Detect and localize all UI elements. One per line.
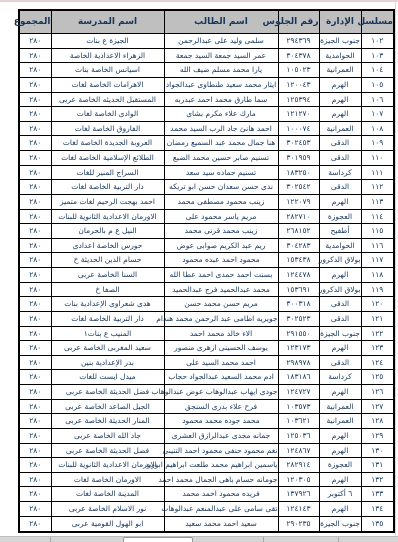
column-header-total: المجموع: [19, 10, 51, 34]
cell-total: ٢٨٠: [19, 253, 51, 268]
table-row: ١٣٥جنوب الجيزة٢٩٠٢٣٥سعيد احمد محمد سعيدا…: [19, 516, 394, 532]
cell-admin: العجوزة: [319, 458, 361, 473]
cell-school: الاورمان الاعدادية الثانوية للبنات: [51, 458, 164, 473]
cell-student: مريم ياسر محمود على: [164, 209, 278, 224]
column-header-serial: مسلسل: [361, 10, 394, 34]
cell-student: ندى حسن سعدان حسن ابو تريكه: [164, 180, 278, 195]
cell-total: ٢٨٠: [19, 311, 51, 326]
cell-student: جومانه حسام باهى الجمال محمد احمد: [164, 472, 278, 487]
page-right-edge: [395, 0, 396, 536]
cell-school: فضل الحديثة الخاصة عربى: [51, 443, 164, 458]
cell-serial: ١٢٧: [361, 399, 394, 414]
cell-student: تسنيم حماده سيد سعد: [164, 165, 278, 180]
cell-student: محمود احمد عبده محمود: [164, 253, 278, 268]
cell-student: زينب محمد قرنى محمد: [164, 224, 278, 239]
cell-total: ٢٨٠: [19, 326, 51, 341]
cell-admin: الهرم: [319, 385, 361, 400]
cell-seat: ٢٩٤٣٦٩: [278, 34, 319, 49]
cell-seat: ٣٠٢٥٤٢: [278, 180, 319, 195]
cell-school: اسيانس الخاصة بنات: [51, 63, 164, 78]
cell-school: الوادى الخاصة لغات: [51, 107, 164, 122]
table-row: ١٠٨العمرانية١٠٠٠٧٤احمد هانئ جاد الرب الس…: [19, 121, 394, 136]
column-header-school: اسم المدرسة: [51, 10, 164, 34]
cell-school: احمد بهجت الرحيم لغات متميز: [51, 194, 164, 209]
cell-serial: ١٣٥: [361, 516, 394, 532]
cell-total: ٢٨٠: [19, 268, 51, 283]
cell-seat: ٣٠٢٤٥٣: [278, 136, 319, 151]
cell-serial: ١٢٠: [361, 297, 394, 312]
cell-serial: ١١٠: [361, 151, 394, 166]
column-header-admin: الإدارة: [319, 10, 361, 34]
table-row: ١٢٠الدقى٣٠٠٣١٨مريم حسن محمد حسنهدى شعراو…: [19, 297, 394, 312]
cell-school: الاورمان الخاصة لغات: [51, 472, 164, 487]
cell-serial: ١١٥: [361, 224, 394, 239]
table-row: ١١٦الحوامدية٣٠٤٢٨٣ريم عبد الكريم صوابى ع…: [19, 238, 394, 253]
cell-seat: ١٠٣٥٧٣: [278, 399, 319, 414]
table-row: ١١٧بولاق الدكرور١٥٣٤٣٨محمود احمد عبده مح…: [19, 253, 394, 268]
cell-student: بسنت احمد حمدى احمد عطا الله: [164, 268, 278, 283]
table-row: ١١٤العجوزة٢٨٢٧١٠مريم ياسر محمود علىالاور…: [19, 209, 394, 224]
cell-admin: الحوامدية: [319, 48, 361, 63]
table-row: ١٢٩الهرم١٢٥٠٣٦جمانه مجدى عبدالرازق العشر…: [19, 428, 394, 443]
document-page: { "page": { "background": "#ffffff", "to…: [0, 0, 398, 542]
cell-student: سما طارق محمد احمد عبدربه: [164, 92, 278, 107]
cell-serial: ١٣٠: [361, 443, 394, 458]
cell-total: ٢٨٠: [19, 472, 51, 487]
cell-total: ٢٨٠: [19, 107, 51, 122]
cell-school: ميدل ايست للغات: [51, 370, 164, 385]
cell-seat: ١٢٤١٤٣: [278, 502, 319, 517]
cell-admin: الدقى: [319, 180, 361, 195]
cell-student: سلمى وليد على عبدالرحمن: [164, 34, 278, 49]
cell-seat: ٢٨٢٩١٤: [278, 458, 319, 473]
cell-student: احمد هانئ جاد الرب السيد محمد: [164, 121, 278, 136]
cell-seat: ٢٩٠٢٣٥: [278, 516, 319, 532]
cell-admin: الهرم: [319, 502, 361, 517]
cell-serial: ١١٨: [361, 268, 394, 283]
cell-serial: ١١٩: [361, 282, 394, 297]
cell-admin: ٦ أكتوبر: [319, 487, 361, 502]
cell-serial: ١٢٥: [361, 370, 394, 385]
cell-school: العروبة الجديدة الخاصة لغات: [51, 136, 164, 151]
cell-seat: ٣٠٠٣١٨: [278, 297, 319, 312]
cell-student: زينب محمود مصطفى محمد: [164, 194, 278, 209]
cell-serial: ١٢٨: [361, 414, 394, 429]
table-row: ١٢٥كرداسة١٨٣١٨٦ادم محمد السعيد عبدالجواد…: [19, 370, 394, 385]
cell-admin: الهرم: [319, 92, 361, 107]
cell-student: تقى سامى على عبدالمنعم عبدالوهاب: [164, 502, 278, 517]
cell-serial: ١١٦: [361, 238, 394, 253]
cell-total: ٢٨٠: [19, 92, 51, 107]
cell-student: ادم محمد السعيد عبدالجواد حجاب: [164, 370, 278, 385]
cell-seat: ٢٩٨٩٧٨: [278, 355, 319, 370]
table-header: مسلسلالإدارةرقم الجلوساسم الطالباسم المد…: [19, 10, 394, 34]
cell-student: جويريه اظامى عبد الرحمن محمد هندام: [164, 311, 278, 326]
cell-student: مريم حسن محمد حسن: [164, 297, 278, 312]
cell-admin: العمرانية: [319, 63, 361, 78]
cell-serial: ١٢٦: [361, 385, 394, 400]
cell-admin: جنوب الجيزة: [319, 516, 361, 532]
cell-student: هنا جمال محمد عبد السميع رمضان: [164, 136, 278, 151]
cell-total: ٢٨٠: [19, 165, 51, 180]
cell-student: الاء خالد محمد احمد: [164, 326, 278, 341]
cell-student: جمانه مجدى عبدالرازق العشرى: [164, 428, 278, 443]
cell-seat: ١٢٢٠٧٩: [278, 194, 319, 209]
cell-admin: كرداسة: [319, 370, 361, 385]
header-row: مسلسلالإدارةرقم الجلوساسم الطالباسم المد…: [19, 10, 394, 34]
cell-seat: ٢٩١٥٥٠: [278, 326, 319, 341]
cell-student: تسنيم صابر حسين محمد الضبع: [164, 151, 278, 166]
cell-seat: ٢٦٨١٥٢: [278, 224, 319, 239]
cell-serial: ١٣٤: [361, 502, 394, 517]
cell-serial: ١٠٢: [361, 34, 394, 49]
cell-seat: ١٣٧٩٢٦: [278, 487, 319, 502]
cell-seat: ١٢٥٠٣٦: [278, 428, 319, 443]
cell-seat: ١٠٥٠٢٣: [278, 63, 319, 78]
table-row: ١٢١الدقى٣٠٢٥٢٣جويريه اظامى عبد الرحمن مح…: [19, 311, 394, 326]
cell-serial: ١١٣: [361, 194, 394, 209]
cell-total: ٢٨٠: [19, 63, 51, 78]
cell-total: ٢٨٠: [19, 502, 51, 517]
cell-admin: الهرم: [319, 443, 361, 458]
cell-school: بدر الإعدادية بنين: [51, 355, 164, 370]
cell-admin: بولاق الدكرور: [319, 253, 361, 268]
table-body: ١٠٢جنوب الجيزة٢٩٤٣٦٩سلمى وليد على عبدالر…: [19, 34, 394, 533]
next-page-header-strip: [0, 536, 398, 542]
column-header-student: اسم الطالب: [164, 10, 278, 34]
table-row: ١٢٧العمرانية١٠٣٥٧٣فرح علاء بدرى السنجقال…: [19, 399, 394, 414]
table-row: ١٢٢جنوب الجيزة٢٩١٥٥٠الاء خالد محمد احمدا…: [19, 326, 394, 341]
table-row: ١٣٢الهرم١٢٠٣٠٥جومانه حسام باهى الجمال مح…: [19, 472, 394, 487]
cell-student: نغم محمود حنفى محمود احمد التنينى: [164, 443, 278, 458]
cell-student: مارك علاء مكرم بشاى: [164, 107, 278, 122]
cell-serial: ١٠٧: [361, 107, 394, 122]
cell-admin: العمرانية: [319, 414, 361, 429]
cell-serial: ١٢٣: [361, 341, 394, 356]
cell-total: ٢٨٠: [19, 209, 51, 224]
cell-serial: ١٠٨: [361, 121, 394, 136]
cell-total: ٢٨٠: [19, 194, 51, 209]
cell-student: احمد محمد السيد على: [164, 355, 278, 370]
cell-seat: ١٢٤٨٦٧: [278, 443, 319, 458]
page-top-edge: [0, 0, 398, 2]
cell-total: ٢٨٠: [19, 121, 51, 136]
cell-school: الصفا خ: [51, 282, 164, 297]
cell-student: سعيد احمد محمد سعيد: [164, 516, 278, 532]
cell-total: ٢٨٠: [19, 399, 51, 414]
cell-total: ٢٨٠: [19, 385, 51, 400]
table-row: ١٣٠الهرم١٢٤٨٦٧نغم محمود حنفى محمود احمد …: [19, 443, 394, 458]
cell-school: ابو الهول القومية عربى: [51, 516, 164, 532]
cell-serial: ١١٧: [361, 253, 394, 268]
cell-admin: الهرم: [319, 268, 361, 283]
cell-school: نور الاسلام الخاصة عربى: [51, 502, 164, 517]
cell-serial: ١١٤: [361, 209, 394, 224]
cell-admin: العمرانية: [319, 121, 361, 136]
cell-admin: الهرم: [319, 472, 361, 487]
cell-total: ٢٨٠: [19, 487, 51, 502]
cell-serial: ١٣٢: [361, 472, 394, 487]
cell-seat: ١٢٥٣٩٤: [278, 92, 319, 107]
cell-school: السنا الخاصة عربى: [51, 268, 164, 283]
cell-total: ٢٨٠: [19, 48, 51, 63]
cell-serial: ١٣٣: [361, 487, 394, 502]
cell-school: حسام الدين الحديثة خ: [51, 253, 164, 268]
cell-serial: ١١٢: [361, 180, 394, 195]
cell-seat: ١٢٤٤٧٨: [278, 268, 319, 283]
cell-school: الاهرامات الخاصة لغات: [51, 77, 164, 92]
table-row: ١٠٥الهرم١٢٠٠٤٣ايثار محمد سعيد طنطاوى عبد…: [19, 77, 394, 92]
table-row: ١٠٩الدقى٣٠٢٤٥٣هنا جمال محمد عبد السميع ر…: [19, 136, 394, 151]
table-row: ١٣١العجوزة٢٨٢٩١٤ياسمين ابراهيم محمد طلعت…: [19, 458, 394, 473]
cell-admin: الدقى: [319, 311, 361, 326]
cell-serial: ١٣١: [361, 458, 394, 473]
cell-school: المستقبل الحديثه الخاصة عربى: [51, 92, 164, 107]
cell-total: ٢٨٠: [19, 516, 51, 532]
cell-admin: الهرم: [319, 194, 361, 209]
table-row: ١١٨الهرم١٢٤٤٧٨بسنت احمد حمدى احمد عطا ال…: [19, 268, 394, 283]
cell-student: يوسف الحسينى ازهرى منصور: [164, 341, 278, 356]
cell-school: الزهراء الاعدادية الخاصة: [51, 48, 164, 63]
cell-admin: الهرم: [319, 77, 361, 92]
cell-seat: ٣٠٤٢٨٣: [278, 238, 319, 253]
cell-seat: ١٨٣١٨٦: [278, 370, 319, 385]
cell-total: ٢٨٠: [19, 414, 51, 429]
cell-seat: ٣٠٢٥٢٣: [278, 311, 319, 326]
cell-admin: بولاق الدكرور: [319, 282, 361, 297]
table-row: ١٢٨العمرانية١٠٣٦٢١محمد جوده محمد محمودال…: [19, 414, 394, 429]
cell-seat: ١٢٠٠٤٣: [278, 77, 319, 92]
cell-school: الطلائع الإسلامية الخاصة لغات: [51, 151, 164, 166]
table-row: ١٠٦الهرم١٢٥٣٩٤سما طارق محمد احمد عبدربها…: [19, 92, 394, 107]
next-page-cell: [123, 537, 193, 542]
cell-serial: ١٢٤: [361, 355, 394, 370]
table-row: ١٣٣٦ أكتوبر١٣٧٩٢٦فريده محمود احمد محمدال…: [19, 487, 394, 502]
cell-seat: ١٠٠٠٧٤: [278, 121, 319, 136]
table-row: ١١٩بولاق الدكرور١٥٣٦٩١محمد عبدالحميد فرج…: [19, 282, 394, 297]
cell-seat: ١٥٣٦٩١: [278, 282, 319, 297]
cell-student: محمد عبدالحميد فرج عبدالحميد: [164, 282, 278, 297]
table-row: ١١٥أطفيح٢٦٨١٥٢زينب محمد قرنى محمدالنيل ع…: [19, 224, 394, 239]
cell-admin: الدقى: [319, 136, 361, 151]
table-row: ١١٢الدقى٣٠٢٥٤٢ندى حسن سعدان حسن ابو تريك…: [19, 180, 394, 195]
cell-school: الجيل الصاعد الخاصة عربى: [51, 399, 164, 414]
cell-school: الجيزة ع بنات: [51, 34, 164, 49]
cell-student: ياسمين ابراهيم محمد طلعت ابراهيم ابوزيد: [164, 458, 278, 473]
cell-school: المنار الحديثة الخاصة عربى: [51, 414, 164, 429]
cell-school: المنيب ع بنات١: [51, 326, 164, 341]
column-header-seat: رقم الجلوس: [278, 10, 319, 34]
table-row: ١١١كرداسة١٨٣٢٥٠تسنيم حماده سيد سعدالسراج…: [19, 165, 394, 180]
cell-student: عمر السيد جمعة السيد جمعة: [164, 48, 278, 63]
cell-admin: الدقى: [319, 297, 361, 312]
table-row: ١٢٤الدقى٢٩٨٩٧٨احمد محمد السيد علىبدر الإ…: [19, 355, 394, 370]
cell-student: يارا محمد مسلم ضيف الله: [164, 63, 278, 78]
results-table: مسلسلالإدارةرقم الجلوساسم الطالباسم المد…: [18, 9, 395, 533]
cell-admin: الهرم: [319, 107, 361, 122]
cell-total: ٢٨٠: [19, 282, 51, 297]
cell-total: ٢٨٠: [19, 238, 51, 253]
cell-student: فريده محمود احمد محمد: [164, 487, 278, 502]
cell-total: ٢٨٠: [19, 224, 51, 239]
table-row: ١٠٤العمرانية١٠٥٠٢٣يارا محمد مسلم ضيف الل…: [19, 63, 394, 78]
cell-school: المدينة الخاصة لغات: [51, 487, 164, 502]
cell-student: ايثار محمد سعيد طنطاوى عبدالجواد: [164, 77, 278, 92]
cell-total: ٢٨٠: [19, 458, 51, 473]
cell-admin: الدقى: [319, 355, 361, 370]
cell-school: الاورمان الاعدادية الثانوية للبنات: [51, 209, 164, 224]
cell-seat: ١٢٤٧٢٧: [278, 385, 319, 400]
cell-student: فرح علاء بدرى السنجق: [164, 399, 278, 414]
cell-admin: أطفيح: [319, 224, 361, 239]
cell-total: ٢٨٠: [19, 136, 51, 151]
cell-serial: ١١١: [361, 165, 394, 180]
cell-school: الفاروق الخاصة لغات: [51, 121, 164, 136]
cell-total: ٢٨٠: [19, 180, 51, 195]
cell-total: ٢٨٠: [19, 77, 51, 92]
cell-total: ٢٨٠: [19, 370, 51, 385]
cell-student: جودى ايهاب عبدالوهاب عوض عبدالوهاب: [164, 385, 278, 400]
cell-total: ٢٨٠: [19, 428, 51, 443]
table-row: ١٠٢جنوب الجيزة٢٩٤٣٦٩سلمى وليد على عبدالر…: [19, 34, 394, 49]
table-row: ١٢٦الهرم١٢٤٧٢٧جودى ايهاب عبدالوهاب عوض ع…: [19, 385, 394, 400]
cell-serial: ١٠٤: [361, 63, 394, 78]
cell-admin: الهرم: [319, 341, 361, 356]
cell-school: سعيد المغربى الخاصة عربى: [51, 341, 164, 356]
cell-serial: ١٠٦: [361, 92, 394, 107]
cell-admin: الهرم: [319, 428, 361, 443]
cell-seat: ٢٨٢٧١٠: [278, 209, 319, 224]
cell-seat: ١٢٣١٧٣: [278, 341, 319, 356]
cell-total: ٢٨٠: [19, 341, 51, 356]
cell-school: جاد الله الخاصة عربى: [51, 428, 164, 443]
table-row: ١١٣الهرم١٢٢٠٧٩زينب محمود مصطفى محمداحمد …: [19, 194, 394, 209]
cell-school: دار التربية الخاصة لغات: [51, 311, 164, 326]
cell-serial: ١٢٢: [361, 326, 394, 341]
cell-total: ٢٨٠: [19, 443, 51, 458]
cell-school: السراج المنير للغات: [51, 165, 164, 180]
table-row: ١٣٤الهرم١٢٤١٤٣تقى سامى على عبدالمنعم عبد…: [19, 502, 394, 517]
cell-seat: ١٢١٢٧٠: [278, 107, 319, 122]
table-row: ١٠٧الهرم١٢١٢٧٠مارك علاء مكرم بشاىالوادى …: [19, 107, 394, 122]
next-page-cell-divider: [338, 537, 339, 542]
cell-admin: جنوب الجيزة: [319, 34, 361, 49]
cell-total: ٢٨٠: [19, 355, 51, 370]
cell-serial: ١٠٩: [361, 136, 394, 151]
cell-student: محمد جوده محمد محمود: [164, 414, 278, 429]
cell-school: هدى شعراوى الإعدادية بنات: [51, 297, 164, 312]
cell-serial: ١٠٣: [361, 48, 394, 63]
cell-seat: ١٠٣٦٢١: [278, 414, 319, 429]
cell-admin: الحوامدية: [319, 238, 361, 253]
cell-admin: العجوزة: [319, 209, 361, 224]
cell-student: ريم عبد الكريم صوابى عوض: [164, 238, 278, 253]
cell-admin: العمرانية: [319, 399, 361, 414]
cell-serial: ١٢١: [361, 311, 394, 326]
next-page-cell-divider: [263, 537, 264, 542]
cell-total: ٢٨٠: [19, 297, 51, 312]
cell-admin: كرداسة: [319, 165, 361, 180]
cell-seat: ٣٠٤٣٧٨: [278, 48, 319, 63]
cell-school: دار التربية الخاصة لغات: [51, 180, 164, 195]
cell-admin: جنوب الجيزة: [319, 326, 361, 341]
cell-serial: ١٠٥: [361, 77, 394, 92]
cell-seat: ١٢٠٣٠٥: [278, 472, 319, 487]
cell-admin: الدقى: [319, 151, 361, 166]
table-row: ١٠٣الحوامدية٣٠٤٣٧٨عمر السيد جمعة السيد ج…: [19, 48, 394, 63]
cell-school: حورس الخاصة اعدادى: [51, 238, 164, 253]
cell-total: ٢٨٠: [19, 34, 51, 49]
cell-serial: ١٢٩: [361, 428, 394, 443]
table-row: ١٢٣الهرم١٢٣١٧٣يوسف الحسينى ازهرى منصورسع…: [19, 341, 394, 356]
next-page-cell-divider: [50, 537, 51, 542]
cell-school: النيل ع م بالحرمان: [51, 224, 164, 239]
cell-seat: ١٨٣٢٥٠: [278, 165, 319, 180]
cell-seat: ٣٠١٩٥٩: [278, 151, 319, 166]
cell-seat: ١٥٣٤٣٨: [278, 253, 319, 268]
cell-school: فضل الحديثة الخاصة عربى: [51, 385, 164, 400]
table-row: ١١٠الدقى٣٠١٩٥٩تسنيم صابر حسين محمد الضبع…: [19, 151, 394, 166]
cell-total: ٢٨٠: [19, 151, 51, 166]
